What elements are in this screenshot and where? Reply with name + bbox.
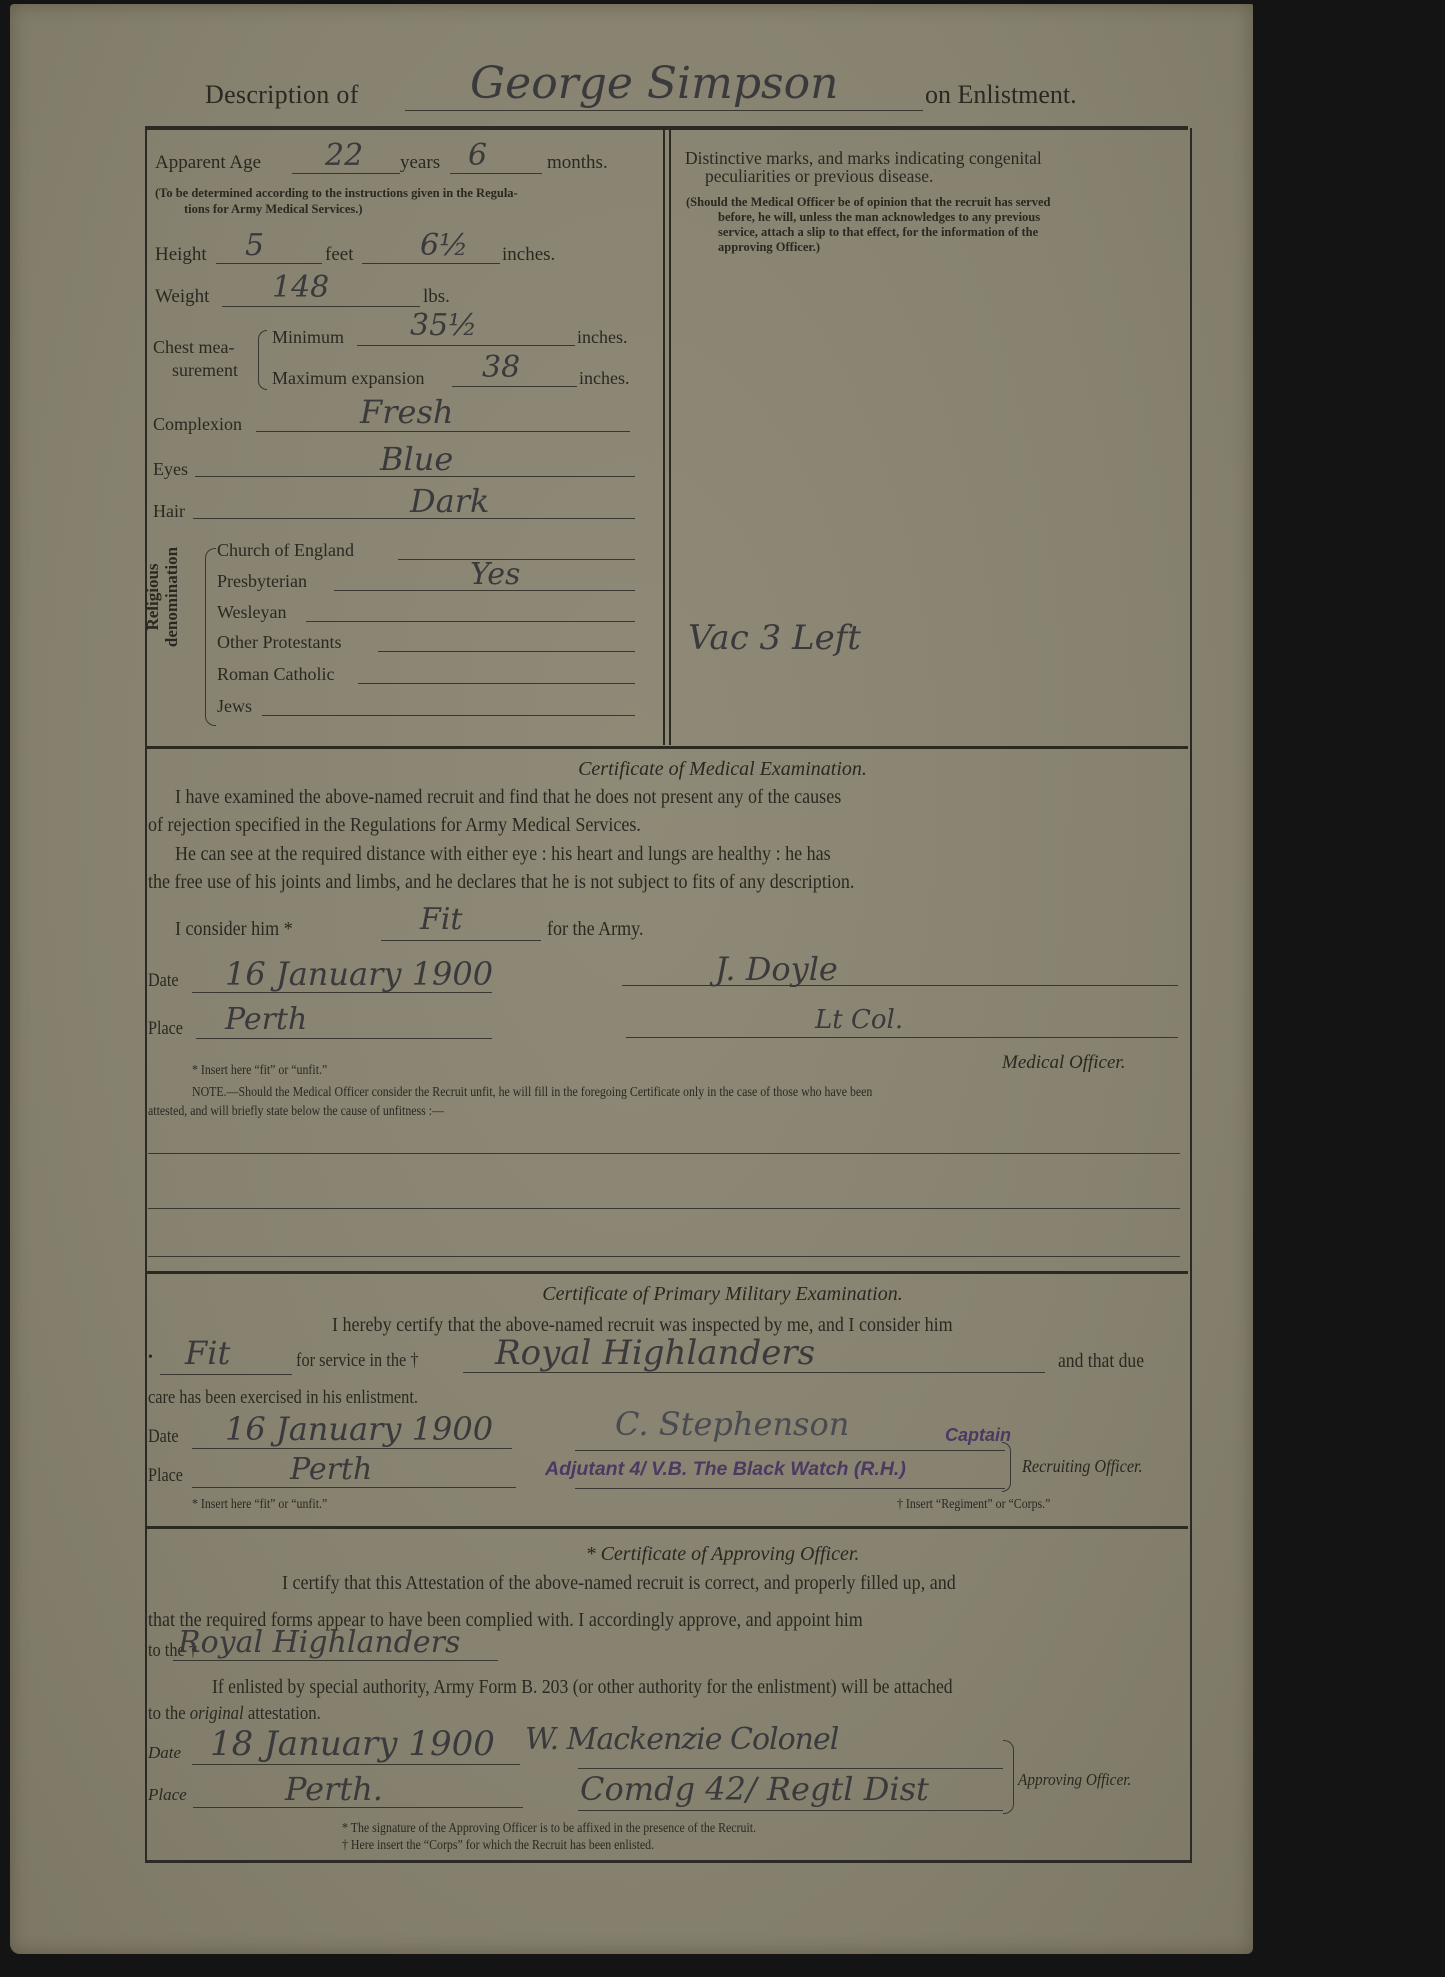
approving-regiment: Royal Highlanders xyxy=(178,1625,460,1660)
military-fit-value: Fit xyxy=(185,1334,230,1372)
height-label: Height xyxy=(155,244,207,266)
months-label: months. xyxy=(547,152,608,174)
height-feet-value: 5 xyxy=(245,228,264,263)
hair-label: Hair xyxy=(153,501,185,522)
religion-label: Religious denomination xyxy=(143,542,181,652)
service-suffix: and that due xyxy=(1058,1350,1144,1373)
lbs-label: lbs. xyxy=(423,286,450,308)
marks-note-line3: service, attach a slip to that effect, f… xyxy=(718,225,1038,240)
name-line xyxy=(405,110,923,111)
religion-line xyxy=(306,621,635,622)
medical-place-line xyxy=(196,1038,492,1039)
religion-brace xyxy=(205,548,216,726)
stamp-unit: Adjutant 4/ V.B. The Black Watch (R.H.) xyxy=(545,1458,906,1481)
approving-signature-line2 xyxy=(578,1810,1003,1811)
medical-date-value: 16 January 1900 xyxy=(225,955,493,993)
column-divider-b xyxy=(669,130,671,745)
military-date-value: 16 January 1900 xyxy=(225,1410,493,1448)
military-signature-line2 xyxy=(575,1488,1005,1489)
chest-label-line2: surement xyxy=(172,360,238,381)
approving-footnote2: † Here insert the “Corps” for which the … xyxy=(342,1837,654,1853)
unfitness-line-2 xyxy=(148,1208,1180,1209)
medical-para1-line2: of rejection specified in the Regulation… xyxy=(148,814,641,837)
marks-heading-line2: peculiarities or previous disease. xyxy=(705,166,933,187)
approving-line4: If enlisted by special authority, Army F… xyxy=(212,1676,953,1699)
unfitness-line-3 xyxy=(148,1256,1180,1257)
chest-label-line1: Chest mea- xyxy=(153,337,234,358)
military-fit-line xyxy=(160,1374,292,1375)
approving-date-line xyxy=(192,1764,520,1765)
years-label: years xyxy=(400,152,440,174)
medical-note-line2: attested, and will briefly state below t… xyxy=(148,1103,444,1119)
military-footnote-left: * Insert here “fit” or “unfit.” xyxy=(192,1496,327,1512)
apparent-age-label: Apparent Age xyxy=(155,152,261,174)
approving-heading: * Certificate of Approving Officer. xyxy=(0,1543,1445,1566)
chest-min-line xyxy=(357,345,575,346)
recruit-name: George Simpson xyxy=(470,58,838,109)
military-place-value: Perth xyxy=(290,1452,372,1487)
feet-label: feet xyxy=(325,244,353,266)
military-place-label: Place xyxy=(148,1465,183,1487)
approving-signature-line xyxy=(578,1768,1003,1769)
military-signature: C. Stephenson xyxy=(615,1405,849,1443)
unfitness-line-1 xyxy=(148,1153,1180,1154)
approving-place-label: Place xyxy=(148,1785,187,1805)
chest-min-inches: inches. xyxy=(577,327,627,348)
medical-signature-rank: Lt Col. xyxy=(815,1005,903,1035)
marks-entry: Vac 3 Left xyxy=(688,618,861,658)
recruiting-officer-label: Recruiting Officer. xyxy=(1022,1456,1143,1477)
age-months-value: 6 xyxy=(468,138,487,173)
military-line3: care has been exercised in his enlistmen… xyxy=(148,1387,418,1409)
religion-line xyxy=(358,683,635,684)
marks-note-line4: approving Officer.) xyxy=(718,240,820,255)
religion-label-line1: Religious xyxy=(143,542,162,652)
chest-brace xyxy=(258,330,267,390)
title-prefix: Description of xyxy=(205,80,359,110)
consider-prefix: I consider him * xyxy=(175,918,293,941)
height-inches-line xyxy=(362,263,500,264)
title-suffix: on Enlistment. xyxy=(925,80,1077,110)
height-feet-line xyxy=(216,263,322,264)
approving-date-value: 18 January 1900 xyxy=(210,1724,495,1764)
medical-officer-label: Medical Officer. xyxy=(1002,1052,1125,1074)
line5-prefix: to the xyxy=(148,1703,186,1724)
chest-max-value: 38 xyxy=(482,350,520,385)
recruiting-brace xyxy=(1002,1442,1011,1492)
religion-line xyxy=(262,715,635,716)
chest-max-inches: inches. xyxy=(579,368,629,389)
consider-line xyxy=(381,940,541,941)
weight-label: Weight xyxy=(155,286,209,308)
approving-section-rule xyxy=(145,1526,1188,1529)
approving-signature: W. Mackenzie Colonel xyxy=(525,1722,838,1757)
column-divider-a xyxy=(663,130,665,745)
chest-min-label: Minimum xyxy=(272,327,344,348)
approving-line1: I certify that this Attestation of the a… xyxy=(282,1572,956,1595)
medical-para2-line1: He can see at the required distance with… xyxy=(175,843,831,866)
complexion-label: Complexion xyxy=(153,414,242,435)
approving-brace xyxy=(1003,1740,1014,1814)
eyes-label: Eyes xyxy=(153,459,188,480)
marks-note-line1: (Should the Medical Officer be of opinio… xyxy=(686,195,1050,210)
religion-label-item: Church of England xyxy=(217,540,354,561)
medical-para1-line1: I have examined the above-named recruit … xyxy=(175,786,841,809)
military-asterisk: • xyxy=(148,1350,153,1366)
approving-footnote1: * The signature of the Approving Officer… xyxy=(342,1820,756,1836)
age-years-line xyxy=(292,173,400,174)
marks-note-line2: before, he will, unless the man acknowle… xyxy=(718,210,1040,225)
approving-place-value: Perth. xyxy=(285,1770,383,1808)
religion-line xyxy=(378,651,635,652)
medical-footnote: * Insert here “fit” or “unfit.” xyxy=(192,1062,327,1078)
religion-label-line2: denomination xyxy=(162,542,181,652)
military-heading: Certificate of Primary Military Examinat… xyxy=(0,1283,1445,1306)
medical-signature-line2 xyxy=(626,1037,1178,1038)
age-note-line2: tions for Army Medical Services.) xyxy=(184,202,363,217)
approving-date-label: Date xyxy=(148,1743,181,1763)
hair-value: Dark xyxy=(410,482,489,520)
religion-value: Yes xyxy=(470,557,520,592)
medical-note-line1: NOTE.—Should the Medical Officer conside… xyxy=(192,1084,872,1100)
military-date-label: Date xyxy=(148,1426,178,1448)
military-date-line xyxy=(192,1448,512,1449)
weight-line xyxy=(222,306,420,307)
medical-heading: Certificate of Medical Examination. xyxy=(0,758,1445,781)
line5-original: original xyxy=(190,1703,244,1724)
consider-suffix: for the Army. xyxy=(547,918,644,941)
age-note-line1: (To be determined according to the instr… xyxy=(155,186,518,201)
military-signature-line xyxy=(575,1450,1005,1451)
religion-label-item: Presbyterian xyxy=(217,571,307,592)
medical-para2-line2: the free use of his joints and limbs, an… xyxy=(148,871,854,894)
medical-signature-line xyxy=(622,985,1178,986)
religion-label-item: Other Protestants xyxy=(217,632,341,653)
chest-min-value: 35½ xyxy=(410,308,477,343)
approving-signature-title: Comdg 42/ Regtl Dist xyxy=(580,1770,929,1808)
approving-regiment-line xyxy=(173,1660,498,1661)
chest-max-line xyxy=(452,386,577,387)
weight-value: 148 xyxy=(272,270,329,305)
inches-label: inches. xyxy=(502,244,555,266)
consider-value: Fit xyxy=(420,902,462,937)
age-months-line xyxy=(450,173,542,174)
medical-place-label: Place xyxy=(148,1018,183,1040)
regiment-value: Royal Highlanders xyxy=(495,1333,815,1373)
eyes-value: Blue xyxy=(380,440,453,478)
religion-label-item: Wesleyan xyxy=(217,602,287,623)
military-place-line xyxy=(192,1487,516,1488)
medical-section-rule xyxy=(145,746,1188,749)
religion-label-item: Roman Catholic xyxy=(217,664,334,685)
approving-line5: to the original attestation. xyxy=(148,1703,321,1725)
age-years-value: 22 xyxy=(325,138,363,173)
chest-max-label: Maximum expansion xyxy=(272,368,424,389)
line5-suffix: attestation. xyxy=(248,1703,321,1724)
complexion-value: Fresh xyxy=(360,393,453,431)
medical-signature: J. Doyle xyxy=(715,950,838,988)
service-prefix: for service in the † xyxy=(296,1350,419,1372)
military-section-rule xyxy=(145,1271,1188,1274)
religion-label-item: Jews xyxy=(217,696,252,717)
height-inches-value: 6½ xyxy=(420,228,468,263)
military-footnote-right: † Insert “Regiment” or “Corps.” xyxy=(897,1496,1050,1512)
medical-place-value: Perth xyxy=(225,1002,307,1037)
medical-date-label: Date xyxy=(148,970,178,992)
complexion-line xyxy=(256,431,630,432)
approving-officer-label: Approving Officer. xyxy=(1018,1770,1131,1790)
